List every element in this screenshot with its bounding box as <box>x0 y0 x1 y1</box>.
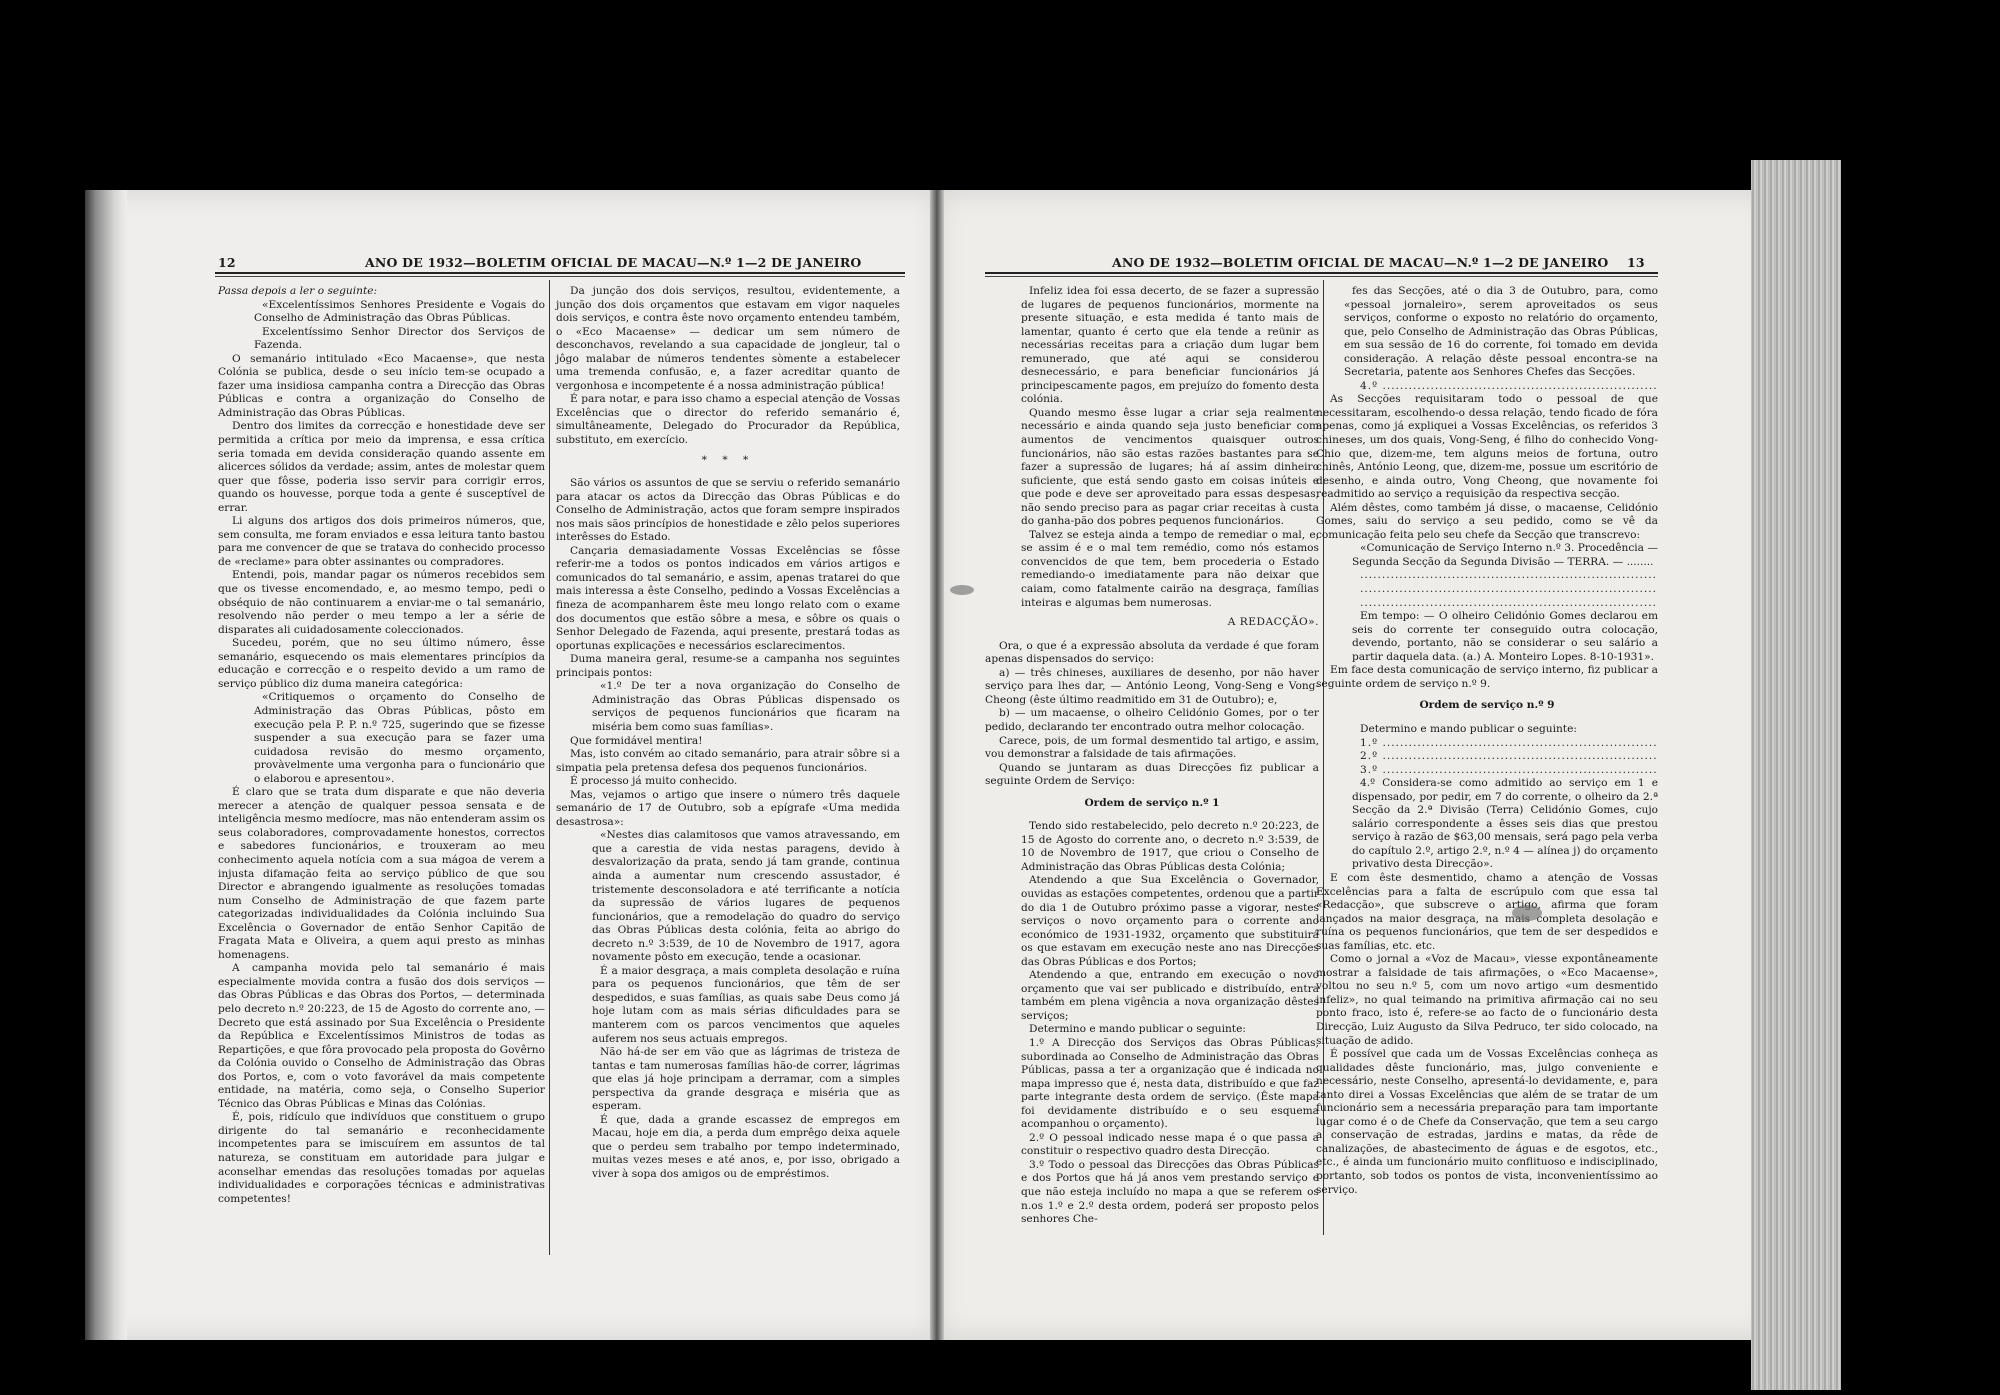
paragraph: * * * <box>556 454 900 468</box>
right-page-number: 13 <box>1627 255 1645 270</box>
book-gutter <box>930 190 944 1340</box>
paragraph: Mas, isto convém ao citado semanário, pa… <box>556 748 900 775</box>
paragraph: Em face desta comunicação de serviço int… <box>1316 664 1658 691</box>
left-header-rule-thin <box>215 276 905 277</box>
paragraph: Determino e mando publicar o seguinte: <box>1352 723 1658 737</box>
paragraph: Ora, o que é a expressão absoluta da ver… <box>985 640 1319 667</box>
paragraph: 3.º ....................................… <box>1352 764 1658 778</box>
paragraph: É claro que se trata dum disparate e que… <box>218 786 545 962</box>
paragraph: 1.º A Direcção dos Serviços das Obras Pú… <box>1021 1037 1319 1132</box>
left-header-rule <box>215 272 905 274</box>
right-running-head: ANO DE 1932—BOLETIM OFICIAL DE MACAU—N.º… <box>1112 255 1609 270</box>
paragraph: Não há-de ser em vão que as lágrimas de … <box>592 1046 900 1114</box>
paragraph: «Nestes dias calamitosos que vamos atrav… <box>592 829 900 964</box>
left-column-1: Passa depois a ler o seguinte:«Excelentí… <box>218 285 545 1206</box>
paragraph: Em tempo: — O olheiro Celidónio Gomes de… <box>1352 610 1658 664</box>
right-header-rule-thin <box>985 276 1658 277</box>
paragraph: Determino e mando publicar o seguinte: <box>1021 1023 1319 1037</box>
right-column-2: fes das Secções, até o dia 3 de Outubro,… <box>1316 285 1658 1197</box>
paragraph: Como o jornal a «Voz de Macau», viesse e… <box>1316 953 1658 1048</box>
paragraph: Talvez se esteja ainda a tempo de remedi… <box>1021 529 1319 610</box>
right-header-rule <box>985 272 1658 274</box>
paragraph: Da junção dos dois serviços, resultou, e… <box>556 285 900 393</box>
paragraph: A campanha movida pelo tal semanário é m… <box>218 962 545 1111</box>
paragraph: É possível que cada um de Vossas Excelên… <box>1316 1048 1658 1197</box>
right-column-1: Infeliz idea foi essa decerto, de se faz… <box>985 285 1319 1227</box>
scan-blemish <box>950 585 974 595</box>
paragraph: b) — um macaense, o olheiro Celidónio Go… <box>985 707 1319 734</box>
paragraph: É para notar, e para isso chamo a especi… <box>556 393 900 447</box>
column-separator <box>549 280 550 1255</box>
paragraph: Entendi, pois, mandar pagar os números r… <box>218 569 545 637</box>
paragraph: Tendo sido restabelecido, pelo decreto n… <box>1021 820 1319 874</box>
paragraph: É, pois, ridículo que indivíduos que con… <box>218 1111 545 1206</box>
paragraph: Duma maneira geral, resume-se a campanha… <box>556 653 900 680</box>
page-binding <box>85 190 127 1340</box>
paragraph: Atendendo a que Sua Excelência o Governa… <box>1021 874 1319 969</box>
section-heading: Ordem de serviço n.º 1 <box>985 797 1319 811</box>
paragraph: Além dêstes, como também já disse, o mac… <box>1316 502 1658 543</box>
paragraph: As Secções requisitaram todo o pessoal d… <box>1316 393 1658 501</box>
paragraph: Que formidável mentira! <box>556 735 900 749</box>
paragraph: «1.º De ter a nova organização do Consel… <box>592 680 900 734</box>
paragraph: É que, dada a grande escassez de emprego… <box>592 1114 900 1182</box>
paragraph: Passa depois a ler o seguinte: <box>218 285 545 299</box>
paragraph: «Comunicação de Serviço Interno n.º 3. P… <box>1352 542 1658 569</box>
paragraph: 2.º ....................................… <box>1352 750 1658 764</box>
paragraph: Excelentíssimo Senhor Director dos Servi… <box>254 326 545 353</box>
paragraph: A REDACÇÃO». <box>985 616 1319 630</box>
paragraph: E com êste desmentido, chamo a atenção d… <box>1316 872 1658 953</box>
scan-blemish <box>1512 905 1542 921</box>
paragraph: «Critiquemos o orçamento do Conselho de … <box>254 691 545 786</box>
paragraph: 3.º Todo o pessoal das Direcções das Obr… <box>1021 1159 1319 1227</box>
paragraph: Cançaria demasiadamente Vossas Excelênci… <box>556 545 900 653</box>
paragraph: Li alguns dos artigos dos dois primeiros… <box>218 515 545 569</box>
paragraph: 4.º ....................................… <box>1352 380 1658 394</box>
left-column-2: Da junção dos dois serviços, resultou, e… <box>556 285 900 1182</box>
paragraph: 2.º O pessoal indicado nesse mapa é o qu… <box>1021 1132 1319 1159</box>
paragraph: «Excelentíssimos Senhores Presidente e V… <box>254 299 545 326</box>
paragraph: Quando se juntaram as duas Direcções fiz… <box>985 762 1319 789</box>
paragraph: ........................................… <box>1352 597 1658 611</box>
section-heading: Ordem de serviço n.º 9 <box>1316 699 1658 713</box>
paragraph: Mas, vejamos o artigo que insere o númer… <box>556 789 900 830</box>
paragraph: É a maior desgraça, a mais completa deso… <box>592 965 900 1046</box>
paragraph: ........................................… <box>1352 583 1658 597</box>
paragraph: fes das Secções, até o dia 3 de Outubro,… <box>1344 285 1658 380</box>
page-edges <box>1751 160 1841 1390</box>
paragraph: Infeliz idea foi essa decerto, de se faz… <box>1021 285 1319 407</box>
paragraph: Dentro dos limites da correcção e honest… <box>218 420 545 515</box>
paragraph: 1.º ....................................… <box>1352 737 1658 751</box>
paragraph: ........................................… <box>1352 569 1658 583</box>
paragraph: Quando mesmo êsse lugar a criar seja rea… <box>1021 407 1319 529</box>
left-running-head: ANO DE 1932—BOLETIM OFICIAL DE MACAU—N.º… <box>365 255 862 270</box>
paragraph: a) — três chineses, auxiliares de desenh… <box>985 667 1319 708</box>
paragraph: É processo já muito conhecido. <box>556 775 900 789</box>
paragraph: O semanário intitulado «Eco Macaense», q… <box>218 353 545 421</box>
left-page-number: 12 <box>218 255 236 270</box>
paragraph: Atendendo a que, entrando em execução o … <box>1021 969 1319 1023</box>
paragraph: Carece, pois, de um formal desmentido ta… <box>985 735 1319 762</box>
paragraph: 4.º Considera-se como admitido ao serviç… <box>1352 777 1658 872</box>
paragraph: Sucedeu, porém, que no seu último número… <box>218 637 545 691</box>
paragraph: São vários os assuntos de que se serviu … <box>556 477 900 545</box>
